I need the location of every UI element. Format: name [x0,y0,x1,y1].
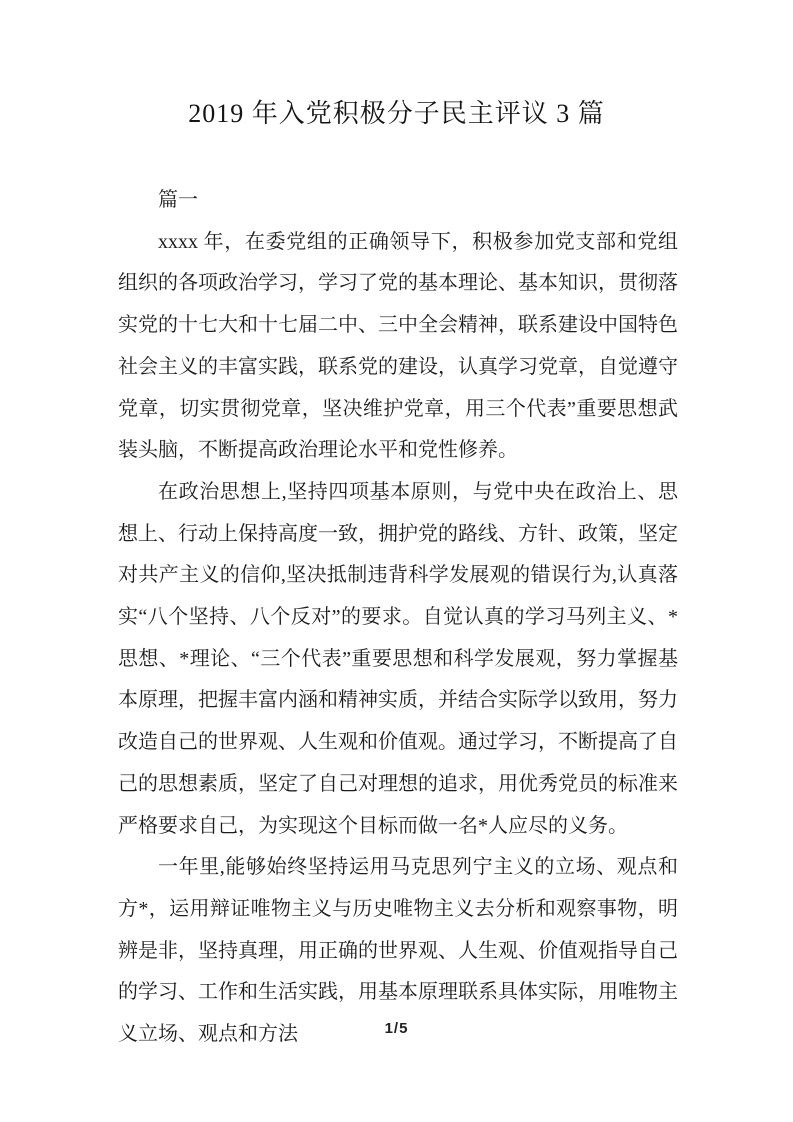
page-number: 1/5 [0,1020,793,1037]
paragraph: 在政治思想上,坚持四项基本原则，与党中央在政治上、思想上、行动上保持高度一致，拥… [118,472,678,847]
section-heading: 篇一 [118,180,678,222]
document-page: 2019 年入党积极分子民主评议 3 篇 篇一 xxxx 年，在委党组的正确领导… [0,0,793,1122]
paragraph: xxxx 年，在委党组的正确领导下，积极参加党支部和党组组织的各项政治学习，学习… [118,222,678,472]
document-body: 篇一 xxxx 年，在委党组的正确领导下，积极参加党支部和党组组织的各项政治学习… [118,180,678,1056]
document-title: 2019 年入党积极分子民主评议 3 篇 [0,0,793,131]
